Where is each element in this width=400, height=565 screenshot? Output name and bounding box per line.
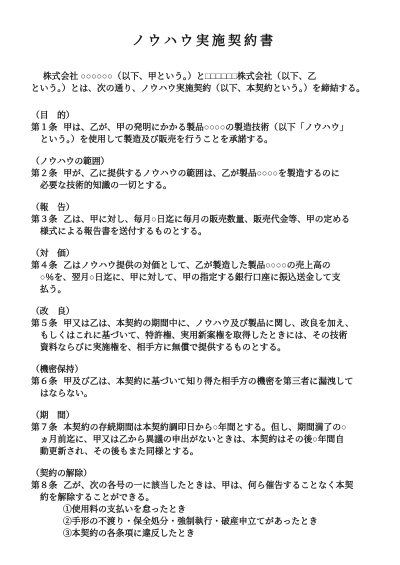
section-heading: （報 告） xyxy=(31,201,374,213)
article-number: 第２条 xyxy=(31,168,63,178)
article-line: 払う。 xyxy=(31,283,374,295)
document-title: ノウハウ実施契約書 xyxy=(31,34,374,48)
article-line: 必要な技術的知識の一切とする。 xyxy=(31,179,374,191)
article-line: という。）を使用して製造及び販売を行うことを承諾する。 xyxy=(31,133,374,145)
section-heading: （ノウハウの範囲） xyxy=(31,155,374,167)
document-content: ノウハウ実施契約書 株式会社 ○○○○○○（以下、甲という。）と□□□□□□株式… xyxy=(0,0,400,539)
article-number: 第５条 xyxy=(31,318,63,328)
termination-item-1: ①使用料の支払いを怠ったとき xyxy=(31,503,374,515)
article-3: 第３条乙は、甲に対し、毎月○日迄に毎月の販売数量、販売代金等、甲の定める 様式に… xyxy=(31,213,374,237)
article-7: 第７条本契約の存続期間は本契約調印日から○年間とする。但し、期間満了の○ ヵ月前… xyxy=(31,421,374,457)
article-line: 約を解除することができる。 xyxy=(31,491,374,503)
article-1: 第１条甲は、乙が、甲の発明にかかる製品○○○○の製造技術（以下「ノウハウ」 とい… xyxy=(31,121,374,145)
article-line: 資料ならびに実施権を、相手方に無償で提供するものとする。 xyxy=(31,341,374,353)
article-2: 第２条甲が、乙に提供するノウハウの範囲は、乙が製品○○○○を製造するのに 必要な… xyxy=(31,167,374,191)
termination-item-3: ③本契約の各条項に違反したとき xyxy=(31,527,374,539)
article-line: 第８条乙が、次の各号の一に該当したときは、甲は、何ら催告することなく本契 xyxy=(31,479,374,491)
article-6: 第６条甲及び乙は、本契約に基づいて知り得た相手方の機密を第三者に漏洩して はなら… xyxy=(31,375,374,399)
article-text: 甲が、乙に提供するノウハウの範囲は、乙が製品○○○○を製造するのに xyxy=(63,168,339,178)
section-heading: （契約の解除） xyxy=(31,467,374,479)
contract-document-page: ノウハウ実施契約書 株式会社 ○○○○○○（以下、甲という。）と□□□□□□株式… xyxy=(0,0,400,565)
article-line: 第４条乙はノウハウ提供の対価として、乙が製造した製品○○○○の売上高の xyxy=(31,259,374,271)
article-line: もしくはこれに基づいて、特許権、実用新案権を取得したときには、その技術 xyxy=(31,329,374,341)
article-line: 様式による報告書を送付するものとする。 xyxy=(31,225,374,237)
article-number: 第４条 xyxy=(31,260,63,270)
section-confidentiality: （機密保持） 第６条甲及び乙は、本契約に基づいて知り得た相手方の機密を第三者に漏… xyxy=(31,363,374,399)
article-number: 第３条 xyxy=(31,214,63,224)
article-text: 乙は、甲に対し、毎月○日迄に毎月の販売数量、販売代金等、甲の定める xyxy=(63,214,350,224)
section-scope: （ノウハウの範囲） 第２条甲が、乙に提供するノウハウの範囲は、乙が製品○○○○を… xyxy=(31,155,374,191)
section-heading: （対 価） xyxy=(31,247,374,259)
article-line: ○％を、翌月○日迄に、甲に対して、甲の指定する銀行口座に振込送金して支 xyxy=(31,271,374,283)
section-heading: （機密保持） xyxy=(31,363,374,375)
section-heading: （目 的） xyxy=(31,109,374,121)
article-line: はならない。 xyxy=(31,387,374,399)
termination-item-2: ②手形の不渡り・保全処分・強制執行・破産申立てがあったとき xyxy=(31,515,374,527)
article-number: 第１条 xyxy=(31,122,63,132)
section-report: （報 告） 第３条乙は、甲に対し、毎月○日迄に毎月の販売数量、販売代金等、甲の定… xyxy=(31,201,374,237)
article-4: 第４条乙はノウハウ提供の対価として、乙が製造した製品○○○○の売上高の ○％を、… xyxy=(31,259,374,295)
article-line: 第１条甲は、乙が、甲の発明にかかる製品○○○○の製造技術（以下「ノウハウ」 xyxy=(31,121,374,133)
section-term: （期 間） 第７条本契約の存続期間は本契約調印日から○年間とする。但し、期間満了… xyxy=(31,409,374,457)
article-line: 第６条甲及び乙は、本契約に基づいて知り得た相手方の機密を第三者に漏洩して xyxy=(31,375,374,387)
article-line: 第２条甲が、乙に提供するノウハウの範囲は、乙が製品○○○○を製造するのに xyxy=(31,167,374,179)
article-text: 甲又は乙は、本契約の期間中に、ノウハウ及び製品に関し、改良を加え、 xyxy=(63,318,354,328)
section-purpose: （目 的） 第１条甲は、乙が、甲の発明にかかる製品○○○○の製造技術（以下「ノウ… xyxy=(31,109,374,145)
article-number: 第６条 xyxy=(31,376,63,386)
article-line: 第３条乙は、甲に対し、毎月○日迄に毎月の販売数量、販売代金等、甲の定める xyxy=(31,213,374,225)
article-5: 第５条甲又は乙は、本契約の期間中に、ノウハウ及び製品に関し、改良を加え、 もしく… xyxy=(31,317,374,353)
article-text: 甲及び乙は、本契約に基づいて知り得た相手方の機密を第三者に漏洩して xyxy=(63,376,353,386)
preamble-paragraph: 株式会社 ○○○○○○（以下、甲という。）と□□□□□□株式会社（以下、乙 とい… xyxy=(31,70,374,94)
article-line: 動更新され、その後もまた同様とする。 xyxy=(31,445,374,457)
section-heading: （改 良） xyxy=(31,305,374,317)
article-text: 本契約の存続期間は本契約調印日から○年間とする。但し、期間満了の○ xyxy=(63,422,346,432)
section-consideration: （対 価） 第４条乙はノウハウ提供の対価として、乙が製造した製品○○○○の売上高… xyxy=(31,247,374,295)
section-termination: （契約の解除） 第８条乙が、次の各号の一に該当したときは、甲は、何ら催告すること… xyxy=(31,467,374,539)
article-line: 第５条甲又は乙は、本契約の期間中に、ノウハウ及び製品に関し、改良を加え、 xyxy=(31,317,374,329)
article-text: 乙が、次の各号の一に該当したときは、甲は、何ら催告することなく本契 xyxy=(63,480,353,490)
article-line: 第７条本契約の存続期間は本契約調印日から○年間とする。但し、期間満了の○ xyxy=(31,421,374,433)
article-8: 第８条乙が、次の各号の一に該当したときは、甲は、何ら催告することなく本契 約を解… xyxy=(31,479,374,539)
article-line: ヵ月前迄に、甲又は乙から異議の申出がないときは、本契約はその後○年間自 xyxy=(31,433,374,445)
article-text: 甲は、乙が、甲の発明にかかる製品○○○○の製造技術（以下「ノウハウ」 xyxy=(63,122,348,132)
article-text: 乙はノウハウ提供の対価として、乙が製造した製品○○○○の売上高の xyxy=(63,260,330,270)
article-number: 第８条 xyxy=(31,480,63,490)
preamble-line: という。）とは、次の通り、ノウハウ実施契約（以下、本契約という。）を締結する。 xyxy=(31,82,374,94)
preamble-line: 株式会社 ○○○○○○（以下、甲という。）と□□□□□□株式会社（以下、乙 xyxy=(31,70,374,82)
section-improvement: （改 良） 第５条甲又は乙は、本契約の期間中に、ノウハウ及び製品に関し、改良を加… xyxy=(31,305,374,353)
section-heading: （期 間） xyxy=(31,409,374,421)
article-number: 第７条 xyxy=(31,422,63,432)
